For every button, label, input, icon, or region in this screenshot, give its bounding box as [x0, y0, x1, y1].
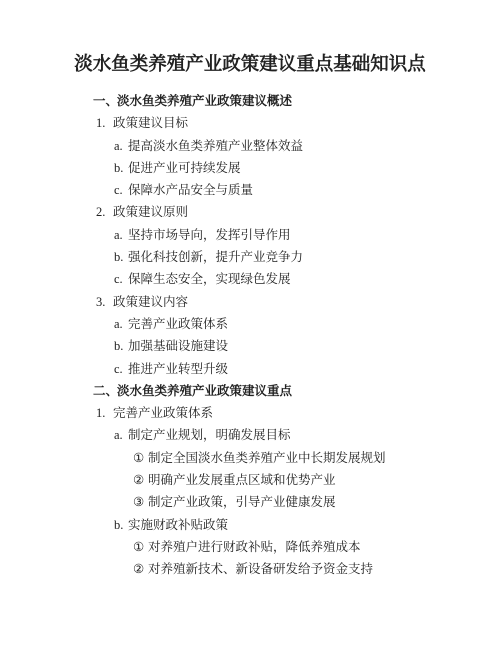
item-marker: a. [114, 135, 128, 157]
item-marker: ③ [133, 491, 148, 513]
outline-list: 一、淡水鱼类养殖产业政策建议概述1.政策建议目标a.提高淡水鱼类养殖产业整体效益… [0, 90, 500, 581]
outline-item: c.推进产业转型升级 [0, 358, 500, 380]
outline-item: ②明确产业发展重点区域和优势产业 [0, 469, 500, 491]
outline-item: b.促进产业可持续发展 [0, 157, 500, 179]
item-text: 提高淡水鱼类养殖产业整体效益 [128, 139, 303, 153]
outline-item: a.提高淡水鱼类养殖产业整体效益 [0, 135, 500, 157]
item-text: 强化科技创新，提升产业竞争力 [128, 250, 303, 264]
item-marker: ② [133, 469, 148, 491]
item-marker: a. [114, 313, 128, 335]
item-text: 政策建议原则 [113, 205, 188, 219]
item-text: 完善产业政策体系 [128, 317, 228, 331]
outline-item: b.强化科技创新，提升产业竞争力 [0, 246, 500, 268]
item-marker: c. [114, 179, 128, 201]
item-text: 明确产业发展重点区域和优势产业 [148, 473, 336, 487]
item-marker: 3. [96, 291, 113, 313]
outline-item: a.制定产业规划，明确发展目标 [0, 424, 500, 446]
item-text: 完善产业政策体系 [113, 406, 213, 420]
item-marker: 1. [96, 402, 113, 424]
item-text: 制定全国淡水鱼类养殖产业中长期发展规划 [148, 451, 386, 465]
item-marker: a. [114, 224, 128, 246]
item-text: 推进产业转型升级 [128, 362, 228, 376]
item-marker: b. [114, 514, 128, 536]
outline-item: 3.政策建议内容 [0, 291, 500, 313]
item-marker: b. [114, 335, 128, 357]
item-marker: a. [114, 424, 128, 446]
outline-item: ③制定产业政策，引导产业健康发展 [0, 491, 500, 513]
outline-item: 2.政策建议原则 [0, 201, 500, 223]
outline-item: b.加强基础设施建设 [0, 335, 500, 357]
outline-item: b.实施财政补贴政策 [0, 514, 500, 536]
item-marker: ① [133, 536, 148, 558]
item-text: 对养殖新技术、新设备研发给予资金支持 [148, 562, 373, 576]
item-text: 对养殖户进行财政补贴，降低养殖成本 [148, 540, 361, 554]
outline-item: 1.完善产业政策体系 [0, 402, 500, 424]
item-marker: c. [114, 268, 128, 290]
item-text: 淡水鱼类养殖产业政策建议重点 [117, 384, 292, 398]
document-title: 淡水鱼类养殖产业政策建议重点基础知识点 [0, 0, 500, 78]
outline-item: a.完善产业政策体系 [0, 313, 500, 335]
outline-item: ①制定全国淡水鱼类养殖产业中长期发展规划 [0, 447, 500, 469]
item-text: 制定产业规划，明确发展目标 [128, 428, 291, 442]
item-text: 淡水鱼类养殖产业政策建议概述 [117, 94, 292, 108]
item-text: 实施财政补贴政策 [128, 518, 228, 532]
outline-item: c.保障生态安全，实现绿色发展 [0, 268, 500, 290]
outline-item: 1.政策建议目标 [0, 112, 500, 134]
section-heading: 二、淡水鱼类养殖产业政策建议重点 [0, 380, 500, 402]
outline-item: ②对养殖新技术、新设备研发给予资金支持 [0, 558, 500, 580]
item-marker: ② [133, 558, 148, 580]
outline-item: a.坚持市场导向，发挥引导作用 [0, 224, 500, 246]
outline-item: ①对养殖户进行财政补贴，降低养殖成本 [0, 536, 500, 558]
item-text: 坚持市场导向，发挥引导作用 [128, 228, 291, 242]
item-text: 制定产业政策，引导产业健康发展 [148, 495, 336, 509]
item-marker: 二、 [93, 380, 117, 402]
item-text: 政策建议内容 [113, 295, 188, 309]
item-text: 促进产业可持续发展 [128, 161, 241, 175]
item-text: 保障水产品安全与质量 [128, 183, 253, 197]
item-marker: ① [133, 447, 148, 469]
item-marker: b. [114, 246, 128, 268]
item-marker: 2. [96, 201, 113, 223]
item-marker: c. [114, 358, 128, 380]
section-heading: 一、淡水鱼类养殖产业政策建议概述 [0, 90, 500, 112]
item-text: 保障生态安全，实现绿色发展 [128, 272, 291, 286]
outline-item: c.保障水产品安全与质量 [0, 179, 500, 201]
item-marker: 一、 [93, 90, 117, 112]
item-marker: 1. [96, 112, 113, 134]
item-marker: b. [114, 157, 128, 179]
item-text: 加强基础设施建设 [128, 339, 228, 353]
document-page: 淡水鱼类养殖产业政策建议重点基础知识点 一、淡水鱼类养殖产业政策建议概述1.政策… [0, 0, 500, 647]
item-text: 政策建议目标 [113, 116, 188, 130]
